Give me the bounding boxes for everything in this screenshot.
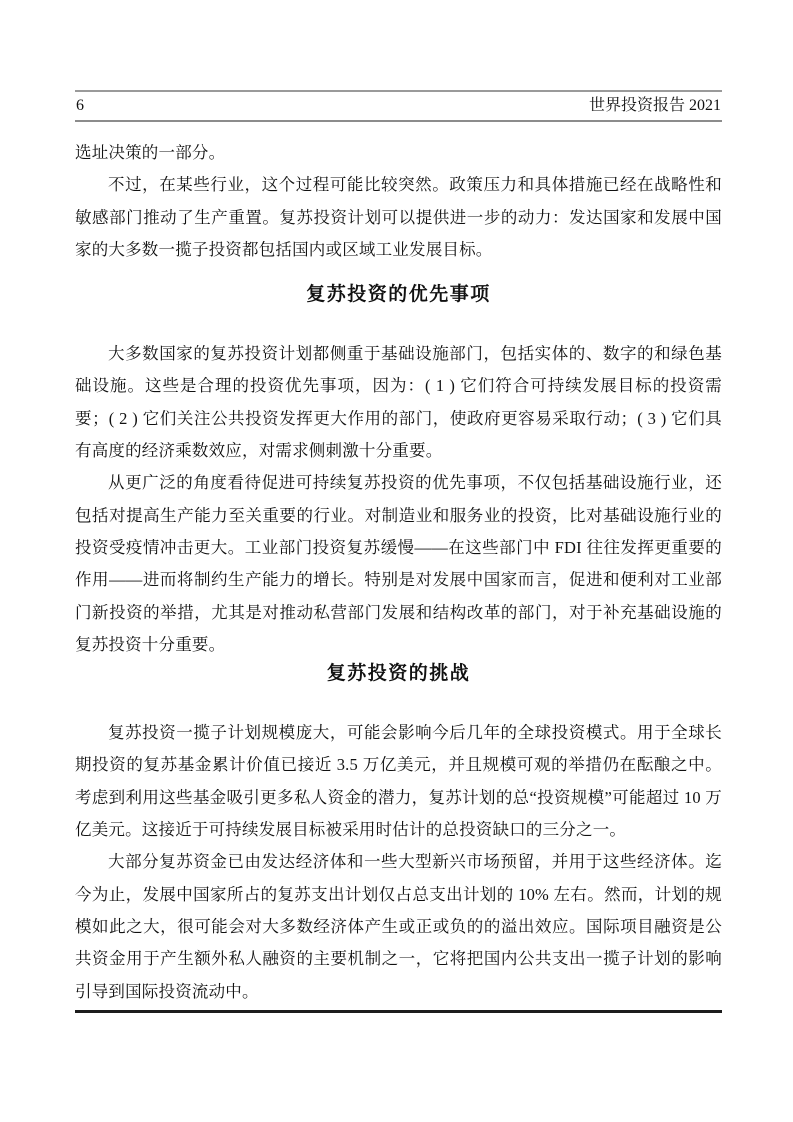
- body-paragraph: 不过，在某些行业，这个过程可能比较突然。政策压力和具体措施已经在战略性和敏感部门…: [75, 169, 722, 266]
- document-page: 6 世界投资报告 2021 选址决策的一部分。 不过，在某些行业，这个过程可能比…: [0, 0, 793, 1122]
- page-number: 6: [75, 98, 84, 114]
- body-paragraph-continuation: 选址决策的一部分。: [75, 137, 722, 169]
- body-paragraph: 大部分复苏资金已由发达经济体和一些大型新兴市场预留，并用于这些经济体。迄今为止，…: [75, 846, 722, 1007]
- body-paragraph: 大多数国家的复苏投资计划都侧重于基础设施部门，包括实体的、数字的和绿色基础设施。…: [75, 338, 722, 467]
- body-paragraph: 从更广泛的角度看待促进可持续复苏投资的优先事项，不仅包括基础设施行业，还包括对提…: [75, 467, 722, 661]
- section-heading-recovery-priorities: 复苏投资的优先事项: [75, 282, 722, 308]
- report-title: 世界投资报告 2021: [589, 98, 722, 114]
- body-content: 选址决策的一部分。 不过，在某些行业，这个过程可能比较突然。政策压力和具体措施已…: [75, 137, 722, 1008]
- footer-rule: [75, 1010, 722, 1013]
- running-header: 6 世界投资报告 2021: [75, 90, 722, 122]
- section-heading-recovery-challenges: 复苏投资的挑战: [75, 661, 722, 687]
- body-paragraph: 复苏投资一揽子计划规模庞大，可能会影响今后几年的全球投资模式。用于全球长期投资的…: [75, 717, 722, 846]
